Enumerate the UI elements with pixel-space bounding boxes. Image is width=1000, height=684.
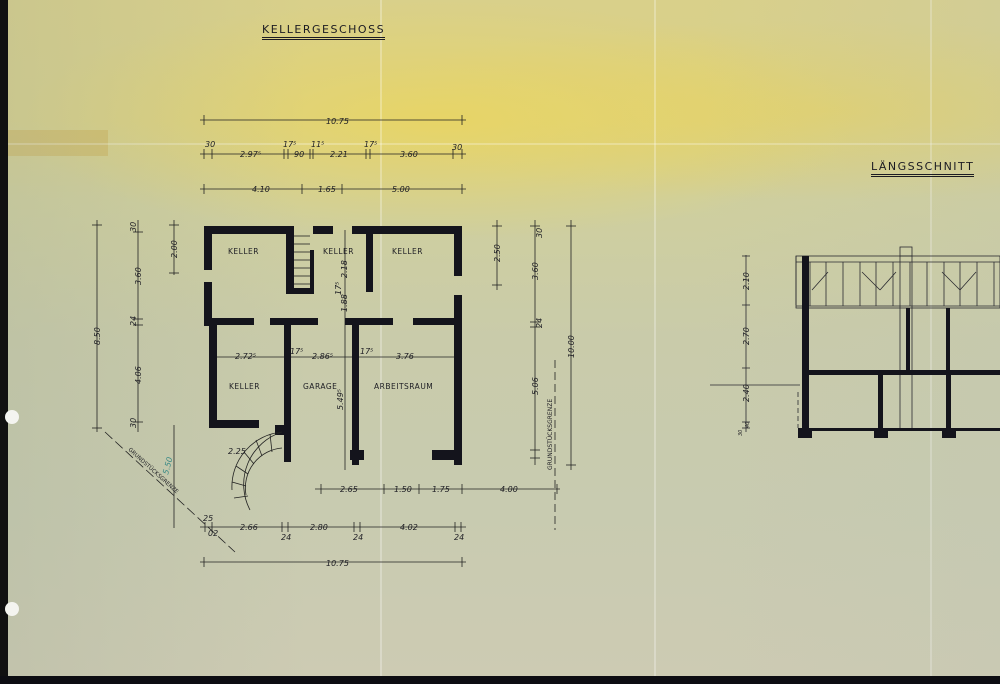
floor-plan-drawing: KELLER KELLER KELLER KELLER GARAGE ARBEI…	[0, 0, 1000, 684]
dim-label: 2.00	[170, 240, 179, 258]
dim-label: 17⁵	[283, 140, 296, 149]
walls	[204, 226, 462, 465]
dim-label: 25	[203, 514, 213, 523]
section-dim-label: 2.70	[742, 327, 751, 345]
dim-label: 4.10	[252, 185, 270, 194]
boundary-label: GRUNDSTÜCKSGRENZE	[127, 446, 181, 495]
dim-label: 24	[535, 318, 544, 328]
room-label-arbeitsraum: ARBEITSRAUM	[374, 382, 433, 391]
section-dim-label: 30	[738, 430, 744, 436]
dim-label: 24	[129, 316, 138, 326]
dim-label: 5.00	[392, 185, 410, 194]
dim-label: 3.60	[531, 262, 540, 280]
dim-label: 8.50	[93, 327, 102, 345]
dim-label: 30	[129, 418, 138, 428]
dim-label: 3.60	[134, 267, 143, 285]
dim-label: 1.88	[340, 294, 349, 312]
dim-label: 02	[208, 529, 218, 538]
dim-label: 1.50	[394, 485, 412, 494]
room-labels: KELLER KELLER KELLER KELLER GARAGE ARBEI…	[228, 247, 433, 391]
dim-label: 24	[281, 533, 291, 542]
room-label-keller: KELLER	[228, 247, 259, 256]
section-dim-label: 2.40	[742, 384, 751, 402]
section-drawing: 2.10 2.70 2.40 30 40	[710, 247, 1000, 438]
staircase	[232, 236, 310, 510]
dim-label: 30	[535, 228, 544, 238]
dim-label: 24	[454, 533, 464, 542]
dim-label: 17⁵	[334, 282, 343, 295]
dim-label: 2.80	[310, 523, 328, 532]
dim-label: 3.76	[396, 352, 414, 361]
dim-label: 5.49⁵	[336, 389, 345, 410]
dim-label: 10.75	[326, 117, 349, 126]
dim-label: 10.00	[567, 335, 576, 358]
dim-label: 17⁵	[360, 347, 373, 356]
dim-label: 2.66	[240, 523, 258, 532]
dim-label: 2.50	[493, 244, 502, 262]
dimension-labels: 10.75 30 2.97⁵ 17⁵ 90 11⁵ 2.21 17⁵ 3.60 …	[93, 117, 576, 568]
dim-label: 30	[452, 143, 462, 152]
dim-label: 5.06	[531, 377, 540, 395]
room-label-keller: KELLER	[323, 247, 354, 256]
dim-label: 17⁵	[290, 347, 303, 356]
scan-edge	[0, 676, 1000, 684]
room-label-keller: KELLER	[392, 247, 423, 256]
dim-label: 11⁵	[311, 140, 324, 149]
dim-label: 1.65	[318, 185, 336, 194]
dim-label: 2.18	[340, 260, 349, 278]
dim-label: 4.00	[500, 485, 518, 494]
dim-label: 4.02	[400, 523, 418, 532]
dim-label: 24	[353, 533, 363, 542]
dim-label: 30	[205, 140, 215, 149]
dim-label: 2.97⁵	[240, 150, 261, 159]
dimension-lines	[92, 115, 576, 567]
green-annotation: 5.50	[161, 456, 174, 476]
dim-label: 1.75	[432, 485, 450, 494]
dim-label: 2.21	[330, 150, 348, 159]
dim-label: 2.86⁵	[312, 352, 333, 361]
section-dim-label: 40	[745, 422, 751, 428]
dim-label: 17⁵	[364, 140, 377, 149]
dim-label: 10.75	[326, 559, 349, 568]
dim-label: 90	[294, 150, 304, 159]
dim-label: 2.65	[340, 485, 358, 494]
room-label-garage: GARAGE	[303, 382, 337, 391]
boundary-label: GRUNDSTÜCKSGRENZE	[547, 399, 554, 470]
room-label-keller: KELLER	[229, 382, 260, 391]
dim-label: 4.06	[134, 366, 143, 384]
section-dim-label: 2.10	[742, 272, 751, 290]
dim-label: 2.25	[228, 447, 246, 456]
dim-label: 3.60	[400, 150, 418, 159]
dim-label: 2.72⁵	[235, 352, 256, 361]
dim-label: 30	[129, 222, 138, 232]
